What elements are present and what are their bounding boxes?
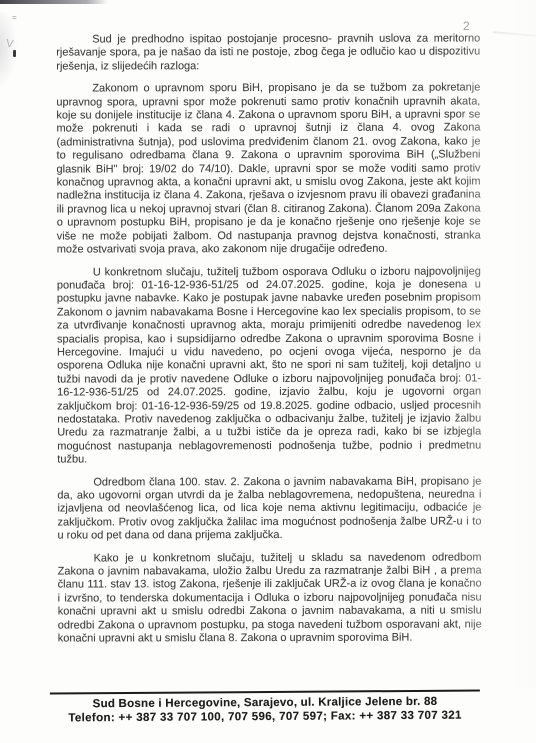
paragraph-konkretan-slucaj: U konkretnom slučaju, tužitelj tužbom os… xyxy=(57,265,482,467)
footer-phone-fax: Telefon: ++ 387 33 707 100, 707 596, 707… xyxy=(50,708,480,724)
document-body: Sud je predhodno ispitao postojanje proc… xyxy=(56,32,482,655)
paragraph-clan-100: Odredbom člana 100. stav. 2. Zakona o ja… xyxy=(57,475,481,543)
page-number: 2 xyxy=(463,19,470,33)
scanned-document-page: = V 2 Sud je predhodno ispitao postojanj… xyxy=(0,0,536,743)
scan-artifact-top-bar xyxy=(0,0,108,4)
scan-artifact-mark: = xyxy=(12,13,17,22)
paragraph-intro: Sud je predhodno ispitao postojanje proc… xyxy=(56,32,480,73)
paragraph-zakljucak: Kako je u konkretnom slučaju, tužitelj u… xyxy=(58,551,482,646)
scan-artifact-tick xyxy=(13,50,16,57)
page-footer: Sud Bosne i Hercegovine, Sarajevo, ul. K… xyxy=(50,689,480,724)
paragraph-zakon-o-upravnom-sporu: Zakonom o upravnom sporu BiH, propisano … xyxy=(56,82,480,257)
scan-artifact-streak xyxy=(493,31,536,37)
footer-divider xyxy=(50,689,480,694)
